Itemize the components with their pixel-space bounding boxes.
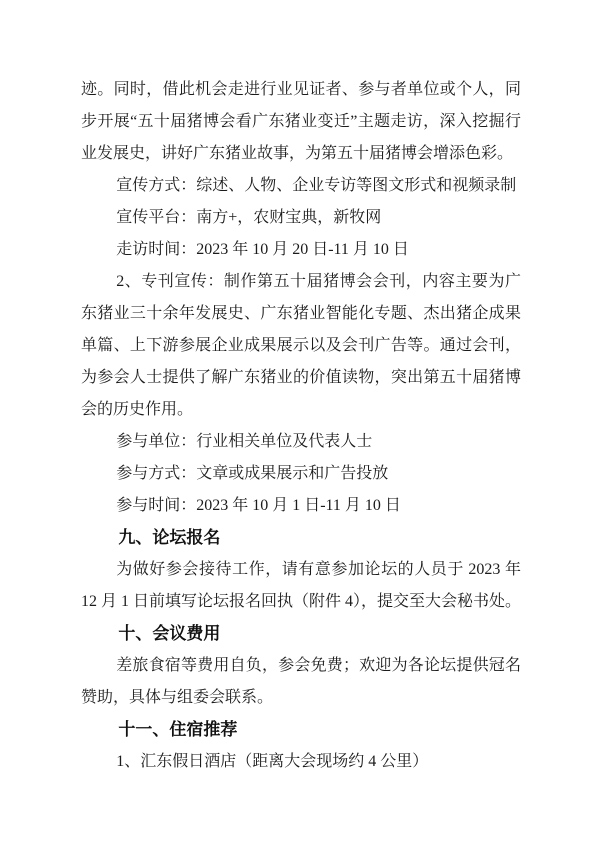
- paragraph: 宣传方式：综述、人物、企业专访等图文形式和视频录制: [81, 170, 521, 202]
- paragraph: 走访时间：2023 年 10 月 20 日-11 月 10 日: [81, 234, 521, 266]
- paragraph: 宣传平台：南方+，农财宝典，新牧网: [81, 202, 521, 234]
- paragraph: 为做好参会接待工作，请有意参加论坛的人员于 2023 年 12 月 1 日前填写…: [81, 554, 521, 618]
- section-heading: 十一、住宿推荐: [81, 714, 521, 746]
- section-heading: 九、论坛报名: [81, 522, 521, 554]
- paragraph: 参与单位：行业相关单位及代表人士: [81, 426, 521, 458]
- paragraph: 迹。同时，借此机会走进行业见证者、参与者单位或个人，同步开展“五十届猪博会看广东…: [81, 74, 521, 170]
- paragraph: 参与方式：文章或成果展示和广告投放: [81, 458, 521, 490]
- paragraph: 参与时间：2023 年 10 月 1 日-11 月 10 日: [81, 490, 521, 522]
- paragraph: 2、专刊宣传：制作第五十届猪博会会刊，内容主要为广东猪业三十余年发展史、广东猪业…: [81, 266, 521, 426]
- paragraph: 差旅食宿等费用自负，参会免费；欢迎为各论坛提供冠名赞助，具体与组委会联系。: [81, 650, 521, 714]
- paragraph: 1、汇东假日酒店（距离大会现场约 4 公里）: [81, 746, 521, 778]
- document-content: 迹。同时，借此机会走进行业见证者、参与者单位或个人，同步开展“五十届猪博会看广东…: [81, 74, 521, 778]
- document-page: 迹。同时，借此机会走进行业见证者、参与者单位或个人，同步开展“五十届猪博会看广东…: [0, 0, 600, 848]
- section-heading: 十、会议费用: [81, 618, 521, 650]
